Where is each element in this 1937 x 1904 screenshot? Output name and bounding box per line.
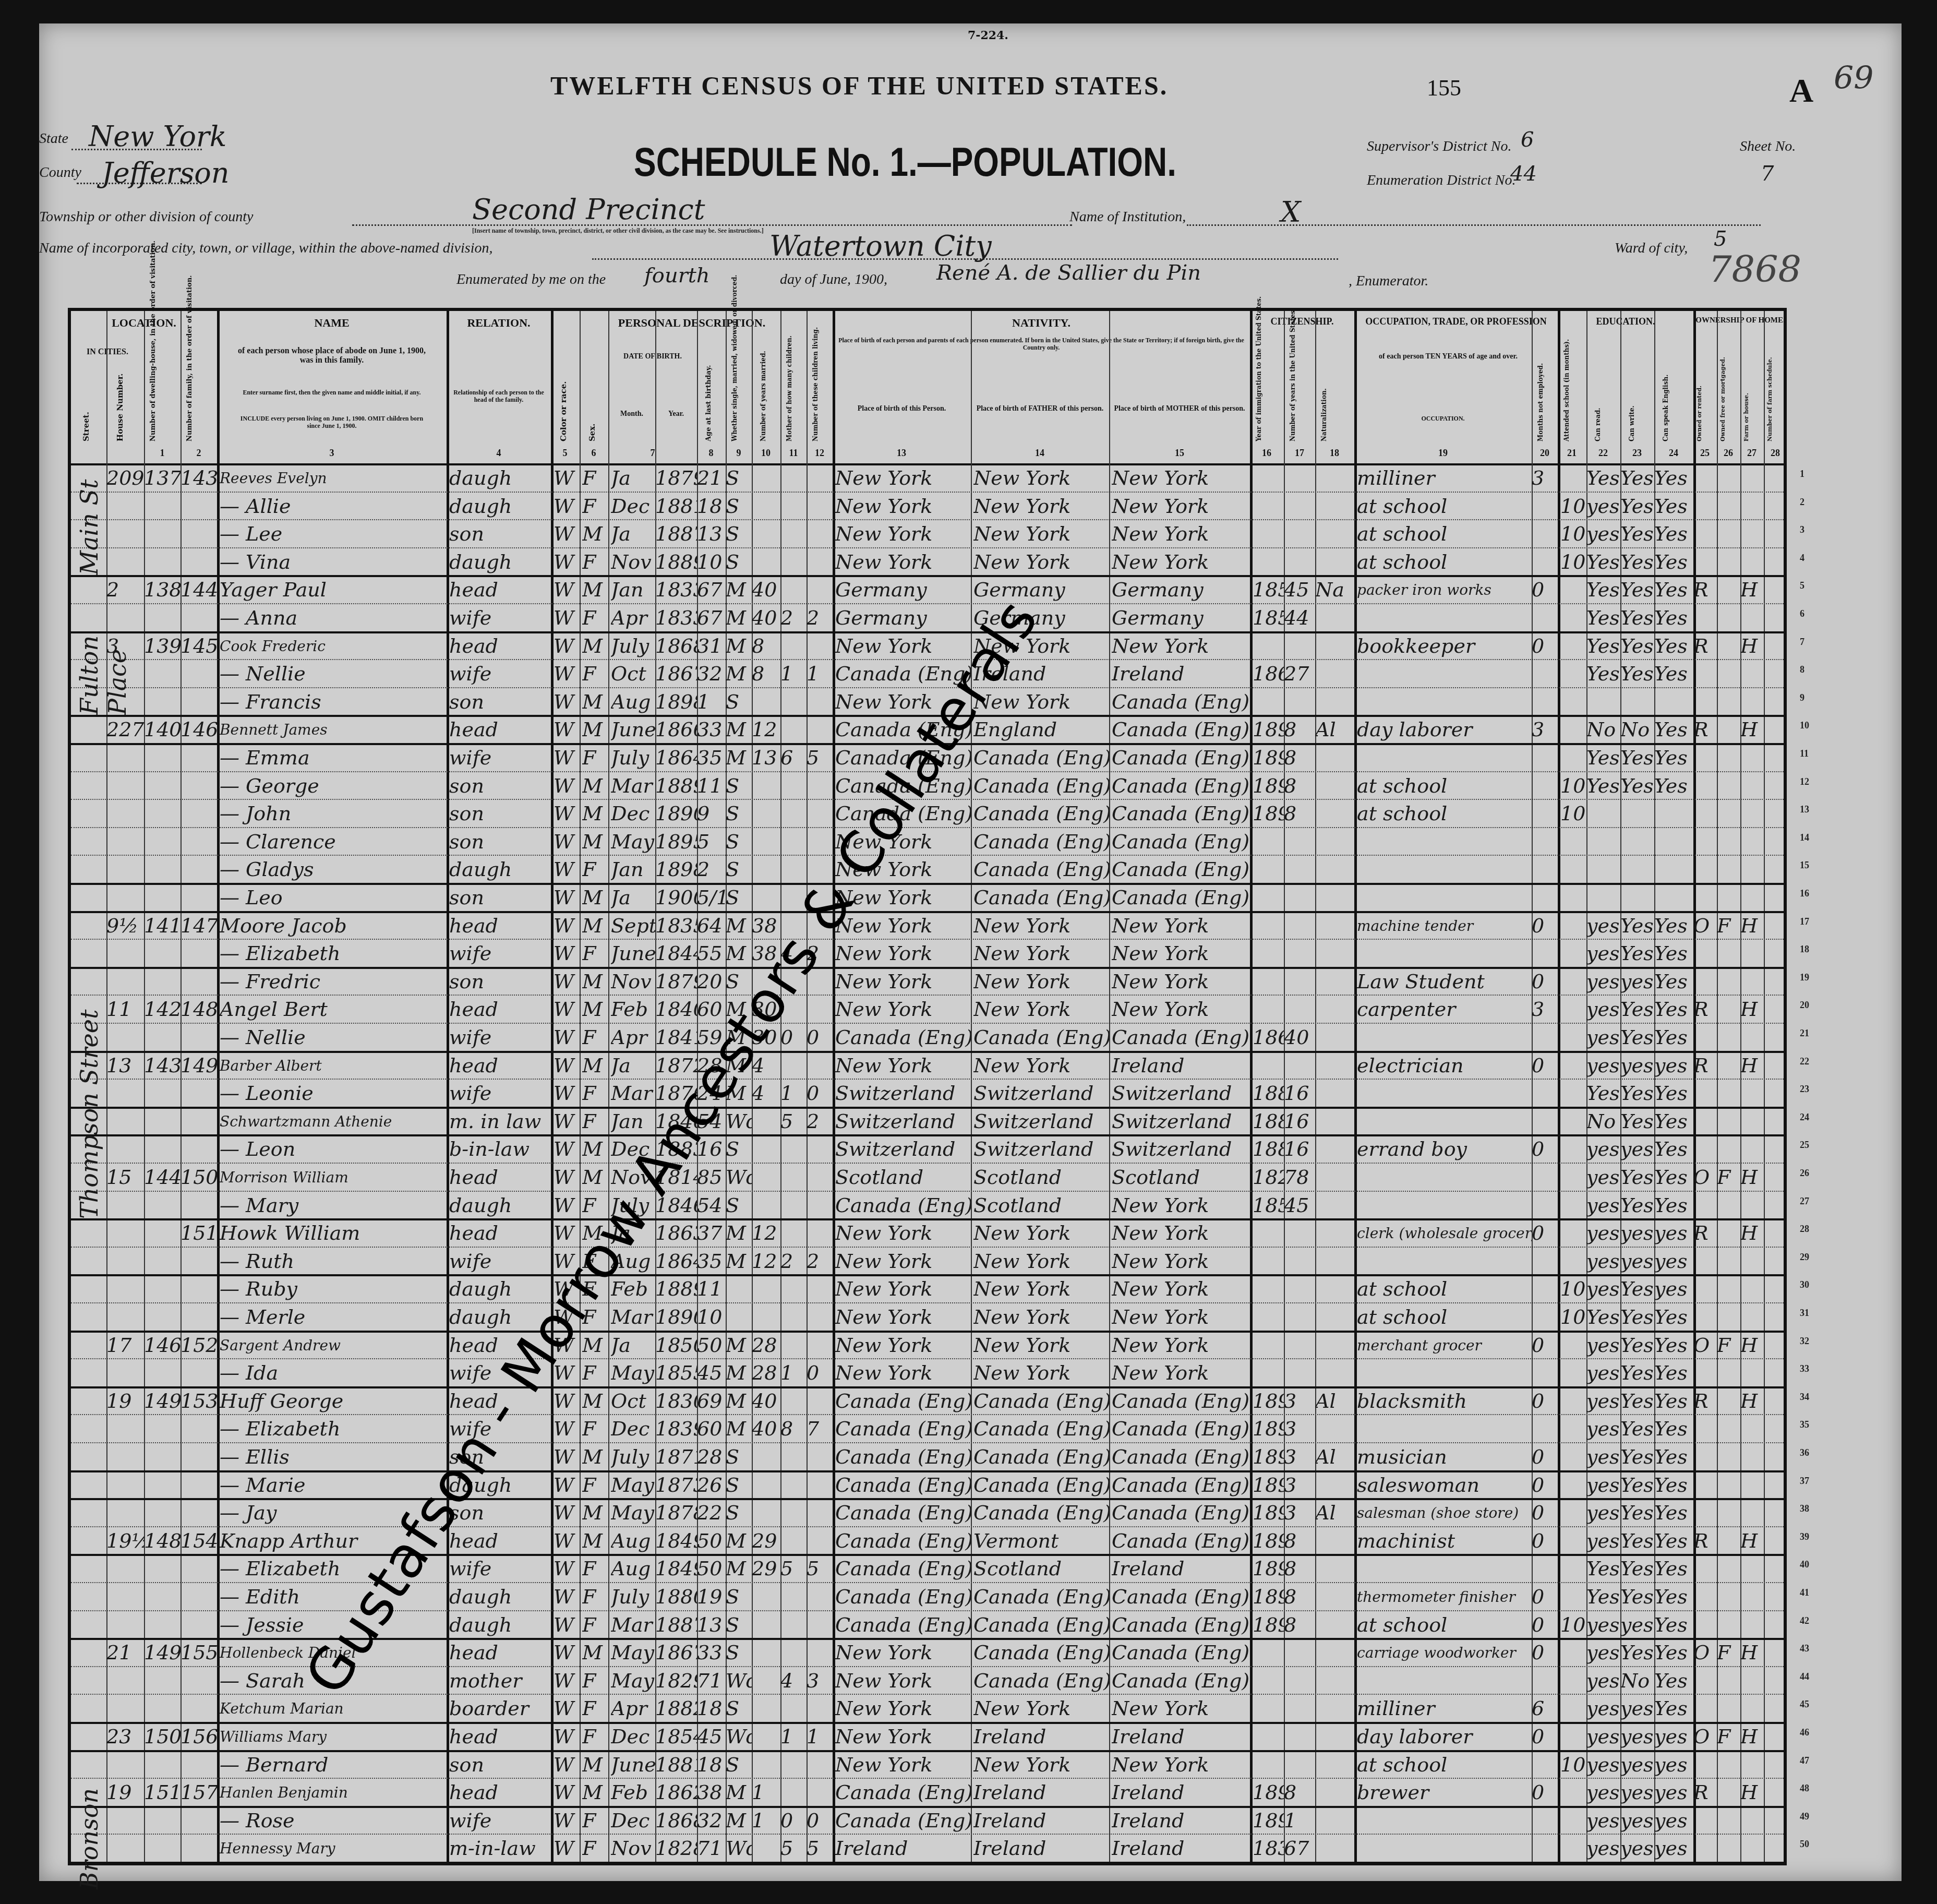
cell-year: 1887 [655,1613,697,1636]
cell-occupation: machinist [1357,1529,1532,1552]
cell-read: yes [1586,1753,1620,1776]
line-number: 12 [1800,776,1809,787]
cell-pob-mother: Canada (Eng) [1112,886,1250,909]
table-row: — ElizabethwifeWFJune184455M3842New York… [71,939,1784,969]
cell-name: — Anna [220,606,447,629]
cell-pob-father: Canada (Eng) [973,1585,1109,1608]
cell-english: Yes [1654,466,1693,489]
cell-living: 2 [807,1110,833,1133]
cell-name: — Lee [220,522,447,545]
cell-school: 10 [1560,1277,1586,1300]
cell-pob-mother: Ireland [1112,1837,1250,1860]
cell-pob-father: Canada (Eng) [973,830,1109,853]
cell-color: W [554,662,580,685]
cell-ym: 29 [752,1529,780,1552]
cell-relation: wife [449,1082,551,1105]
cell-yrs: 3 [1284,1474,1315,1496]
cell-color: W [554,1781,580,1804]
cell-school: 10 [1560,495,1586,518]
cell-pob-father: Canada (Eng) [973,1669,1109,1692]
cell-read: yes [1586,1361,1620,1384]
cell-read: yes [1586,1529,1620,1552]
cell-marital: M [726,1334,752,1357]
cell-farm: H [1740,1166,1764,1189]
line-number: 16 [1800,888,1809,899]
cell-pob-mother: Switzerland [1112,1110,1250,1133]
cell-marital: S [726,690,752,713]
cell-ym: 12 [752,718,780,741]
cell-ym: 40 [752,606,780,629]
cell-age: 32 [697,1809,726,1832]
cell-read: Yes [1586,774,1620,797]
table-row: 3139145Cook FredericheadWMJuly186831M8Ne… [71,631,1784,661]
cell-pob-father: New York [973,1277,1109,1300]
column-number: 17 [1292,448,1307,459]
cell-read: yes [1586,1725,1620,1748]
cell-read: yes [1586,1054,1620,1077]
cell-month: Nov [611,550,655,573]
cell-english: Yes [1654,970,1693,993]
cell-name: Angel Bert [220,998,447,1021]
cell-write: Yes [1620,495,1654,518]
cell-dwelling: 138 [144,578,181,601]
cell-marital: M [726,746,752,769]
cell-marital: S [726,1194,752,1217]
cell-pob-father: Canada (Eng) [973,1445,1109,1468]
column-number: 25 [1697,448,1713,459]
cell-month: Mar [611,1082,655,1105]
cell-family: 147 [181,914,217,937]
cell-color: W [554,1557,580,1580]
cell-ym: 13 [752,746,780,769]
column-number: 19 [1435,448,1451,459]
cell-relation: son [449,886,551,909]
cell-unemp: 0 [1532,1222,1558,1244]
cell-family: 144 [181,578,217,601]
cell-marital: S [726,774,752,797]
cell-name: — Leonie [220,1082,447,1105]
header-sex: Sex. [587,415,597,441]
cell-immig: 1899 [1253,1809,1284,1832]
cell-month: Feb [611,998,655,1021]
cell-occupation: at school [1357,1613,1532,1636]
cell-immig: 1892 [1253,802,1284,825]
cell-dwelling: 137 [144,466,181,489]
cell-mother: 2 [780,606,807,629]
cell-month: Oct [611,1390,655,1412]
cell-year: 1830 [655,1390,697,1412]
cell-name: — Leo [220,886,447,909]
cell-color: W [554,1445,580,1468]
cell-english: Yes [1654,1082,1693,1105]
cell-sex: M [582,886,608,909]
cell-occupation: at school [1357,1753,1532,1776]
cell-house: 15 [106,1166,144,1189]
cell-farm: H [1740,914,1764,937]
cell-pob-father: New York [973,550,1109,573]
cell-color: W [554,1082,580,1105]
cell-pob-mother: Canada (Eng) [1112,830,1250,853]
cell-pob-mother: New York [1112,1753,1250,1776]
cell-pob-mother: New York [1112,942,1250,965]
cell-marital: M [726,1417,752,1440]
cell-pob: Canada (Eng) [835,1781,971,1804]
cell-sex: F [582,662,608,685]
cell-age: 9 [697,802,726,825]
cell-pob-father: Ireland [973,1725,1109,1748]
cell-mother: 8 [780,1417,807,1440]
cell-nat: Al [1315,1445,1354,1468]
cell-name: — Mary [220,1194,447,1217]
cell-sex: M [582,718,608,741]
cell-pob: Scotland [835,1166,971,1189]
cell-color: W [554,1166,580,1189]
cell-pob-father: Vermont [973,1529,1109,1552]
cell-sex: M [582,634,608,657]
cell-age: 67 [697,578,726,601]
cell-pob: Switzerland [835,1082,971,1105]
cell-age: 18 [697,1753,726,1776]
line-number: 9 [1800,692,1804,703]
cell-pob-mother: New York [1112,634,1250,657]
header-occupation-sub: OCCUPATION. [1359,415,1526,423]
cell-owned: R [1693,998,1717,1021]
street-label: Main St [75,463,103,575]
cell-relation: son [449,690,551,713]
table-header: LOCATION. IN CITIES. Street. House Numbe… [71,311,1784,465]
cell-pob-mother: Switzerland [1112,1137,1250,1160]
cell-relation: head [449,1529,551,1552]
cell-immig: 1855 [1253,1194,1284,1217]
cell-sex: M [582,690,608,713]
cell-marital: Wd [726,1669,752,1692]
cell-name: — Vina [220,550,447,573]
line-number: 43 [1800,1643,1809,1654]
cell-marital: M [726,1361,752,1384]
cell-english: Yes [1654,1137,1693,1160]
header-house: House Number. [115,379,125,441]
cell-mother: 2 [780,1250,807,1273]
column-number: 1 [154,448,170,459]
cell-relation: head [449,998,551,1021]
cell-unemp: 0 [1532,1781,1558,1804]
cell-write: Yes [1620,1390,1654,1412]
cell-english: Yes [1654,1613,1693,1636]
cell-relation: daugh [449,466,551,489]
cell-name: Sargent Andrew [220,1337,447,1354]
line-number: 1 [1800,469,1804,480]
cell-pob-father: New York [973,522,1109,545]
cell-farm: H [1740,1054,1764,1077]
header-year: Year. [655,410,697,418]
cell-marital: S [726,858,752,881]
cell-pob: New York [835,495,971,518]
cell-name: Morrison William [220,1169,447,1186]
cell-farm: H [1740,718,1764,741]
table-row: — ClarencesonWMMay18955SNew YorkCanada (… [71,827,1784,856]
cell-school: 10 [1560,802,1586,825]
cell-month: June [611,942,655,965]
line-number: 46 [1800,1727,1809,1738]
cell-write: yes [1620,1613,1654,1636]
cell-pob-mother: New York [1112,1306,1250,1328]
cell-pob-mother: New York [1112,1194,1250,1217]
cell-month: June [611,718,655,741]
cell-pob: Canada (Eng) [835,1501,971,1524]
cell-pob: New York [835,466,971,489]
line-number: 8 [1800,664,1804,675]
cell-pob-mother: Canada (Eng) [1112,1474,1250,1496]
cell-family: 153 [181,1390,217,1412]
cell-unemp: 3 [1532,718,1558,741]
cell-marital: S [726,1137,752,1160]
column-number: 20 [1537,448,1553,459]
cell-marital: S [726,550,752,573]
cell-relation: m. in law [449,1110,551,1133]
cell-write: Yes [1620,1529,1654,1552]
cell-age: 38 [697,1781,726,1804]
cell-relation: head [449,634,551,657]
line-number: 34 [1800,1392,1809,1403]
cell-write: Yes [1620,522,1654,545]
cell-pob: Ireland [835,1837,971,1860]
cell-year: 1871 [655,1445,697,1468]
cell-name: — Gladys [220,858,447,881]
line-number: 13 [1800,804,1809,815]
cell-yrs: 8 [1284,1613,1315,1636]
cell-occupation: at school [1357,802,1532,825]
cell-name: — Ruby [220,1277,447,1300]
cell-immig: 1892 [1253,1529,1284,1552]
cell-pob-mother: Canada (Eng) [1112,1417,1250,1440]
cell-marital: S [726,1585,752,1608]
cell-read: Yes [1586,1082,1620,1105]
cell-yrs: 8 [1284,1529,1315,1552]
table-row: 209137143Reeves EvelyndaughWFJa187921SNe… [71,463,1784,493]
cell-immig: 1884 [1253,1082,1284,1105]
cell-year: 1844 [655,942,697,965]
cell-pob: Canada (Eng) [835,1474,971,1496]
table-row: — ElizabethwifeWFAug184950M2955Canada (E… [71,1554,1784,1583]
cell-family: 151 [181,1222,217,1244]
cell-name: Huff George [220,1390,447,1412]
table-row: 19151157Hanlen BenjaminheadWMFeb186238M1… [71,1778,1784,1808]
cell-dwelling: 149 [144,1390,181,1412]
cell-month: May [611,1641,655,1664]
cell-month: May [611,830,655,853]
cell-relation: head [449,1781,551,1804]
cell-write: Yes [1620,1445,1654,1468]
cell-year: 1866 [655,718,697,741]
header-pob-person: Place of birth of this Person. [833,405,971,413]
cell-pob-father: New York [973,1250,1109,1273]
cell-english: Yes [1654,1306,1693,1328]
table-row: 19½148154Knapp ArthurheadWMAug184950M29C… [71,1526,1784,1556]
cell-write: Yes [1620,1417,1654,1440]
cell-color: W [554,942,580,965]
cell-pob-father: Switzerland [973,1110,1109,1133]
cell-house: 209 [106,466,144,489]
cell-read: yes [1586,1445,1620,1468]
cell-month: Dec [611,1417,655,1440]
cell-occupation: day laborer [1357,718,1532,741]
cell-color: W [554,690,580,713]
cell-dwelling: 150 [144,1725,181,1748]
cell-pob-father: Ireland [973,1781,1109,1804]
table-row: — EllissonWMJuly187128SCanada (Eng)Canad… [71,1442,1784,1472]
city-label: Name of incorporated city, town, or vill… [39,240,492,257]
cell-relation: wife [449,746,551,769]
cell-sex: F [582,1809,608,1832]
line-number: 44 [1800,1671,1809,1682]
header-mother-of: Mother of how many children. [786,353,793,441]
header-years-us: Number of years in the United States. [1289,353,1296,441]
column-number: 10 [758,448,774,459]
cell-yrs: 16 [1284,1110,1315,1133]
cell-sex: F [582,1557,608,1580]
cell-marital: M [726,634,752,657]
cell-relation: head [449,914,551,937]
cell-pob: New York [835,1697,971,1720]
cell-pob-mother: Canada (Eng) [1112,690,1250,713]
cell-marital: S [726,802,752,825]
cell-age: 10 [697,1306,726,1328]
cell-pob-father: New York [973,1334,1109,1357]
cell-pob: Canada (Eng) [835,1026,971,1049]
cell-pob: Germany [835,578,971,601]
cell-year: 1879 [655,466,697,489]
cell-owned: R [1693,1222,1717,1244]
cell-family: 149 [181,1054,217,1077]
cell-pob-father: New York [973,1697,1109,1720]
line-number: 22 [1800,1056,1809,1067]
cell-name: Bennett James [220,721,447,738]
column-number: 12 [812,448,827,459]
enumerated-label: Enumerated by me on the [456,271,606,288]
cell-pob-mother: Canada (Eng) [1112,1445,1250,1468]
cell-read: yes [1586,1334,1620,1357]
cell-pob-mother: Canada (Eng) [1112,746,1250,769]
margin-number: 7868 [1709,248,1801,291]
cell-month: Dec [611,1725,655,1748]
cell-age: 71 [697,1669,726,1692]
cell-pob-mother: New York [1112,466,1250,489]
header-nativity-desc: Place of birth of each person and parent… [838,337,1245,352]
cell-sex: F [582,942,608,965]
cell-pob: New York [835,1725,971,1748]
cell-sex: F [582,1082,608,1105]
cell-immig: 1897 [1253,1501,1284,1524]
cell-unemp: 0 [1532,1585,1558,1608]
cell-relation: daugh [449,550,551,573]
cell-occupation: salesman (shoe store) [1357,1504,1532,1522]
cell-pob: Canada (Eng) [835,1529,971,1552]
cell-occupation: at school [1357,550,1532,573]
cell-read: Yes [1586,634,1620,657]
cell-year: 1882 [655,1697,697,1720]
cell-pob: New York [835,1334,971,1357]
cell-year: 1867 [655,662,697,685]
cell-year: 1840 [655,998,697,1021]
cell-color: W [554,858,580,881]
cell-pob-father: New York [973,914,1109,937]
column-number: 26 [1721,448,1736,459]
cell-pob-mother: Canada (Eng) [1112,1390,1250,1412]
street-label: Fulton Place [75,575,131,715]
header-years-married: Number of years married. [760,353,767,441]
table-row: — GladysdaughWFJan18982SNew YorkCanada (… [71,855,1784,885]
cell-month: Dec [611,1809,655,1832]
cell-pob-father: New York [973,970,1109,993]
table-row: — IdawifeWFMay185545M2810New YorkNew Yor… [71,1358,1784,1388]
line-number: 25 [1800,1140,1809,1151]
column-number: 21 [1564,448,1580,459]
cell-occupation: saleswoman [1357,1474,1532,1496]
cell-living: 0 [807,1809,833,1832]
cell-occupation: milliner [1357,1697,1532,1720]
cell-marital: S [726,1474,752,1496]
header-citizenship: CITIZENSHIP. [1250,316,1354,327]
ward-label: Ward of city, [1615,240,1688,257]
cell-english: Yes [1654,1166,1693,1189]
column-number: 3 [324,448,340,459]
cell-read: Yes [1586,578,1620,601]
cell-year: 1890 [655,1306,697,1328]
cell-immig: 1884 [1253,1110,1284,1133]
cell-month: Aug [611,1557,655,1580]
cell-pob: New York [835,998,971,1021]
cell-occupation: at school [1357,774,1532,797]
cell-color: W [554,1501,580,1524]
line-number: 48 [1800,1783,1809,1794]
cell-marital: Wd [726,1837,752,1860]
header-pob-father: Place of birth of FATHER of this person. [971,405,1109,413]
cell-house: 17 [106,1334,144,1357]
header-immigration: Year of immigration to the United States… [1255,353,1262,441]
cell-dwelling: 148 [144,1529,181,1552]
cell-month: Jan [611,578,655,601]
cell-color: W [554,1585,580,1608]
header-write: Can write. [1628,405,1635,441]
cell-write: Yes [1620,1082,1654,1105]
cell-english: Yes [1654,634,1693,657]
cell-unemp: 0 [1532,1334,1558,1357]
cell-immig: 1892 [1253,774,1284,797]
cell-read: yes [1586,1613,1620,1636]
cell-write: Yes [1620,1361,1654,1384]
cell-yrs: 16 [1284,1137,1315,1160]
cell-relation: boarder [449,1697,551,1720]
cell-free: F [1717,1725,1740,1748]
cell-sex: F [582,1474,608,1496]
cell-marital: M [726,1529,752,1552]
cell-pob-father: Scotland [973,1194,1109,1217]
cell-immig: 1863 [1253,662,1284,685]
cell-relation: son [449,522,551,545]
cell-pob-mother: Canada (Eng) [1112,802,1250,825]
cell-dwelling: 149 [144,1641,181,1664]
cell-relation: head [449,1641,551,1664]
header-street: Street. [81,379,91,441]
cell-relation: wife [449,942,551,965]
cell-english: Yes [1654,1641,1693,1664]
cell-month: May [611,1474,655,1496]
cell-immig: 1833 [1253,1837,1284,1860]
cell-pob-father: Canada (Eng) [973,1390,1109,1412]
table-row: — NelliewifeWFApr184159M3000Canada (Eng)… [71,1023,1784,1053]
cell-color: W [554,495,580,518]
cell-unemp: 0 [1532,1613,1558,1636]
